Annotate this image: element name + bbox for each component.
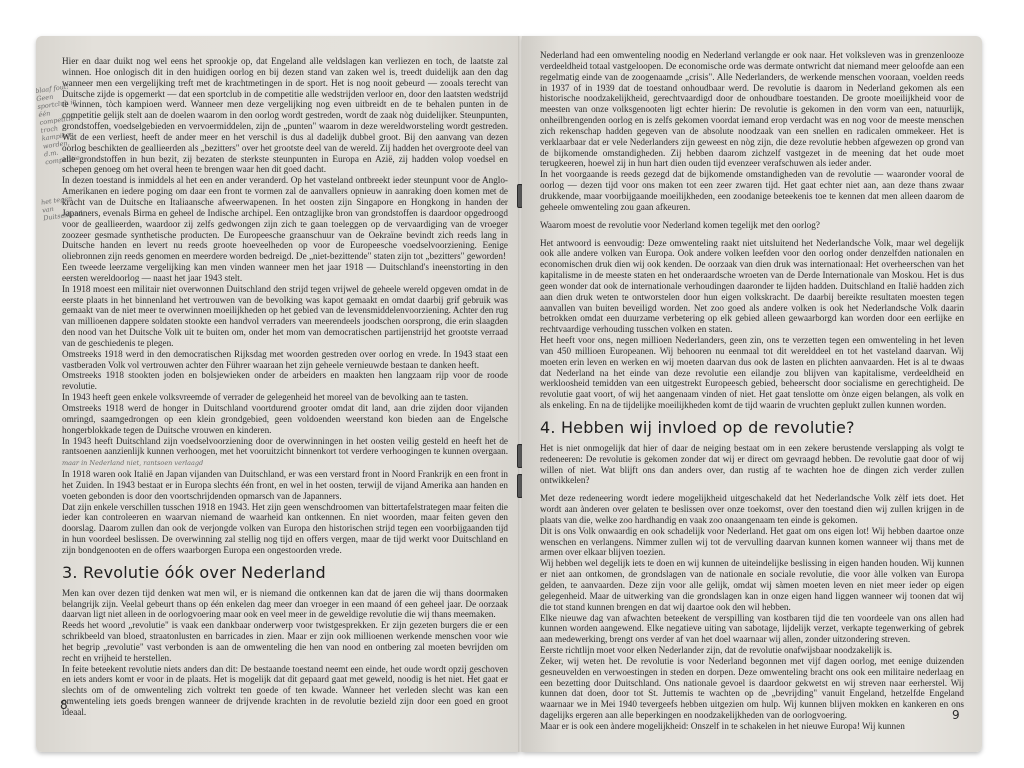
paragraph: In 1943 heeft Duitschland zijn voedselvo… bbox=[62, 436, 508, 470]
paragraph: Reeds het woord „revolutie" is vaak een … bbox=[62, 620, 508, 663]
paragraph: Men kan over dezen tijd denken wat men w… bbox=[62, 588, 508, 621]
paragraph: In het voorgaande is reeds gezegd dat de… bbox=[540, 169, 964, 212]
paragraph: In 1918 moest een militair niet overwonn… bbox=[62, 284, 508, 349]
paragraph: In dezen toestand is inmiddels al het ee… bbox=[62, 175, 508, 262]
paragraph: Omstreeks 1918 stookten joden en bolsjew… bbox=[62, 370, 508, 392]
paragraph: Zeker, wij weten het. De revolutie is vo… bbox=[540, 656, 964, 721]
paragraph: Omstreeks 1918 werd in den democratische… bbox=[62, 349, 508, 371]
paragraph: In 1918 waren ook Italië en Japan vijand… bbox=[62, 469, 508, 502]
paragraph: Dit is ons Volk onwaardig en ook schadel… bbox=[540, 526, 964, 559]
paragraph: Wij hebben wel degelijk iets te doen en … bbox=[540, 558, 964, 612]
page-number-right: 9 bbox=[952, 708, 960, 722]
open-booklet: blaaf fout! Geen sportclub in één compet… bbox=[36, 36, 982, 752]
section-heading-4: 4. Hebben wij invloed op de revolutie? bbox=[540, 423, 964, 434]
page-number-left: 8 bbox=[60, 698, 68, 712]
paragraph: Nederland had een omwenteling noodig en … bbox=[540, 50, 964, 169]
paragraph: Met deze redeneering wordt iedere mogeli… bbox=[540, 493, 964, 526]
paragraph: Elke nieuwe dag van afwachten beteekent … bbox=[540, 613, 964, 646]
paragraph: Het is niet onmogelijk dat hier of daar … bbox=[540, 443, 964, 486]
paragraph: Hier en daar duikt nog wel eens het spro… bbox=[62, 56, 508, 175]
paragraph: Een tweede leerzame vergelijking kan men… bbox=[62, 262, 508, 284]
paragraph: Maar er is ook een àndere mogelijkheid: … bbox=[540, 721, 964, 732]
paragraph: Het heeft voor ons, negen millioen Neder… bbox=[540, 335, 964, 411]
left-page-body: Hier en daar duikt nog wel eens het spro… bbox=[62, 56, 508, 718]
paragraph: Het antwoord is eenvoudig: Deze omwentel… bbox=[540, 238, 964, 336]
right-page: Nederland had een omwenteling noodig en … bbox=[522, 36, 982, 752]
left-page: blaaf fout! Geen sportclub in één compet… bbox=[36, 36, 520, 752]
paragraph: In feite beteekent revolutie niets ander… bbox=[62, 664, 508, 718]
paragraph: Dat zijn enkele verschillen tusschen 191… bbox=[62, 502, 508, 556]
section-heading-3: 3. Revolutie óók over Nederland bbox=[62, 568, 508, 579]
paragraph: Omstreeks 1918 werd de honger in Duitsch… bbox=[62, 403, 508, 436]
right-page-body: Nederland had een omwenteling noodig en … bbox=[540, 50, 964, 732]
paragraph: Eerste richtlijn moet voor elken Nederla… bbox=[540, 645, 964, 656]
question-line: Waarom moest de revolutie voor Nederland… bbox=[540, 220, 964, 231]
paragraph: In 1943 heeft geen enkele volksvreemde o… bbox=[62, 392, 508, 403]
inline-pencil-note: maar in Nederland niet, rantsoen verlaag… bbox=[62, 459, 203, 467]
